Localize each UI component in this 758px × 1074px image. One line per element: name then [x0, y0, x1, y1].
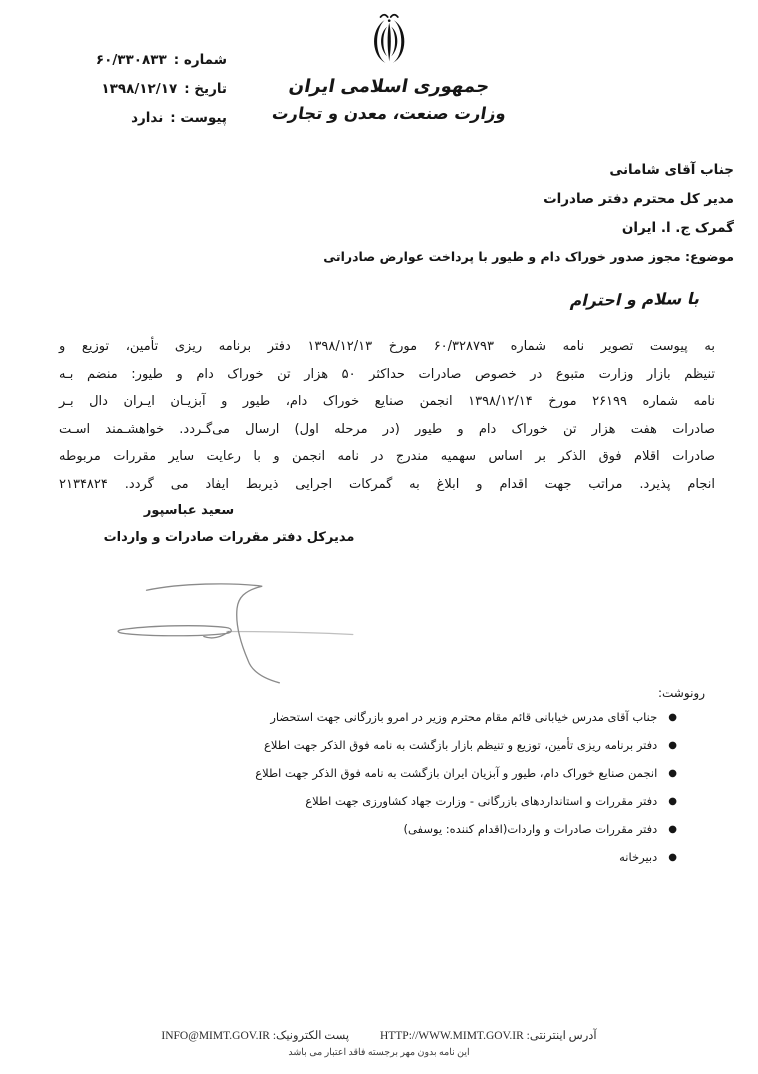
signature-block: سعید عباسپور مدیرکل دفتر مقررات صادرات و… [95, 503, 363, 545]
body-line: به پیوست تصویر نامه شماره ۶۰/۳۲۸۷۹۳ مورخ… [59, 333, 715, 361]
footer-validity-note: این نامه بدون مهر برجسته فاقد اعتبار می … [0, 1047, 758, 1058]
recipient-name: جناب آقای شامانی [323, 156, 734, 185]
footer-web-url: HTTP://WWW.MIMT.GOV.IR [380, 1030, 524, 1042]
cc-item-text: دفتر برنامه ریزی تأمین، توزیع و تنیظم با… [264, 732, 657, 758]
ministry-title: وزارت صنعت، معدن و تجارت [218, 104, 561, 123]
handwritten-signature-icon [60, 574, 392, 690]
republic-title: جمهوری اسلامی ایران [217, 76, 561, 97]
letter-number-row: شماره : ۶۰/۳۳۰۸۳۳ [25, 52, 227, 68]
body-line: صادرات اقلام فوق الذکر بر اساس سهمیه مند… [59, 443, 715, 471]
bullet-icon: ● [668, 761, 677, 787]
footer-web-segment: آدرس اینترنتی: HTTP://WWW.MIMT.GOV.IR [380, 1030, 597, 1042]
bullet-icon: ● [668, 733, 677, 759]
signer-title: مدیرکل دفتر مقررات صادرات و واردات [95, 530, 363, 545]
cc-label: رونوشت: [145, 686, 705, 700]
footer-email-segment: پست الکترونیک: INFO@MIMT.GOV.IR [161, 1030, 349, 1042]
body-line: نامه شماره ۲۶۱۹۹ مورخ ۱۳۹۸/۱۲/۱۴ انجمن ص… [59, 388, 715, 416]
letter-body: به پیوست تصویر نامه شماره ۶۰/۳۲۸۷۹۳ مورخ… [59, 333, 715, 499]
footer-web-label: آدرس اینترنتی: [527, 1030, 597, 1042]
cc-item: ● دفتر مقررات صادرات و واردات(اقدام کنند… [145, 816, 677, 844]
footer-contact-line: آدرس اینترنتی: HTTP://WWW.MIMT.GOV.IR پس… [0, 1028, 758, 1042]
letter-attachment-value: ندارد [131, 110, 163, 126]
cc-item-text: انجمن صنایع خوراک دام، طیور و آبزیان ایر… [255, 760, 657, 786]
cc-item: ● انجمن صنایع خوراک دام، طیور و آبزیان ا… [145, 760, 677, 788]
letterhead: جمهوری اسلامی ایران وزارت صنعت، معدن و ت… [219, 12, 559, 123]
bullet-icon: ● [668, 705, 677, 731]
cc-item-text: دفتر مقررات صادرات و واردات(اقدام کننده:… [403, 816, 657, 842]
salutation: با سلام و احترام [569, 289, 703, 310]
footer-email-label: پست الکترونیک: [273, 1030, 349, 1042]
iran-national-emblem-icon [362, 12, 416, 68]
bullet-icon: ● [668, 817, 677, 843]
signer-name: سعید عباسپور [55, 503, 323, 518]
letter-date-value: ۱۳۹۸/۱۲/۱۷ [101, 81, 177, 97]
bullet-icon: ● [668, 789, 677, 815]
recipient-position: مدیر کل محترم دفتر صادرات [323, 185, 734, 214]
cc-item: ● جناب آقای مدرس خیابانی قائم مقام محترم… [145, 704, 677, 732]
recipient-block: جناب آقای شامانی مدیر کل محترم دفتر صادر… [323, 156, 734, 271]
letter-meta: شماره : ۶۰/۳۳۰۸۳۳ تاریخ : ۱۳۹۸/۱۲/۱۷ پیو… [25, 52, 227, 139]
subject-line: موضوع: مجوز صدور خوراک دام و طیور با پرد… [323, 243, 734, 271]
cc-item: ● دفتر برنامه ریزی تأمین، توزیع و تنیظم … [145, 732, 677, 760]
official-letter-page: شماره : ۶۰/۳۳۰۸۳۳ تاریخ : ۱۳۹۸/۱۲/۱۷ پیو… [0, 0, 758, 1074]
letter-date-row: تاریخ : ۱۳۹۸/۱۲/۱۷ [25, 81, 227, 97]
cc-section: رونوشت: ● جناب آقای مدرس خیابانی قائم مق… [145, 686, 705, 872]
cc-item-text: دبیرخانه [619, 844, 657, 870]
cc-list: ● جناب آقای مدرس خیابانی قائم مقام محترم… [145, 704, 705, 872]
body-line: انجام پذیرد. مراتب جهت اقدام و ابلاغ به … [59, 471, 715, 499]
footer-email-address: INFO@MIMT.GOV.IR [161, 1030, 270, 1042]
cc-item: ● دفتر مقررات و استانداردهای بازرگانی - … [145, 788, 677, 816]
bullet-icon: ● [668, 845, 677, 871]
letter-attachment-row: پیوست : ندارد [25, 110, 227, 126]
cc-item-text: جناب آقای مدرس خیابانی قائم مقام محترم و… [270, 704, 657, 730]
letter-number-value: ۶۰/۳۳۰۸۳۳ [96, 52, 167, 68]
cc-item: ● دبیرخانه [145, 844, 677, 872]
cc-item-text: دفتر مقررات و استانداردهای بازرگانی - وز… [305, 788, 657, 814]
recipient-organization: گمرک ج. ا. ایران [323, 214, 734, 243]
body-line: صادرات هفت هزار تن خوراک دام و طیور (در … [59, 416, 715, 444]
body-line: تنیظم بازار وزارت متبوع در خصوص صادرات ح… [59, 361, 715, 389]
